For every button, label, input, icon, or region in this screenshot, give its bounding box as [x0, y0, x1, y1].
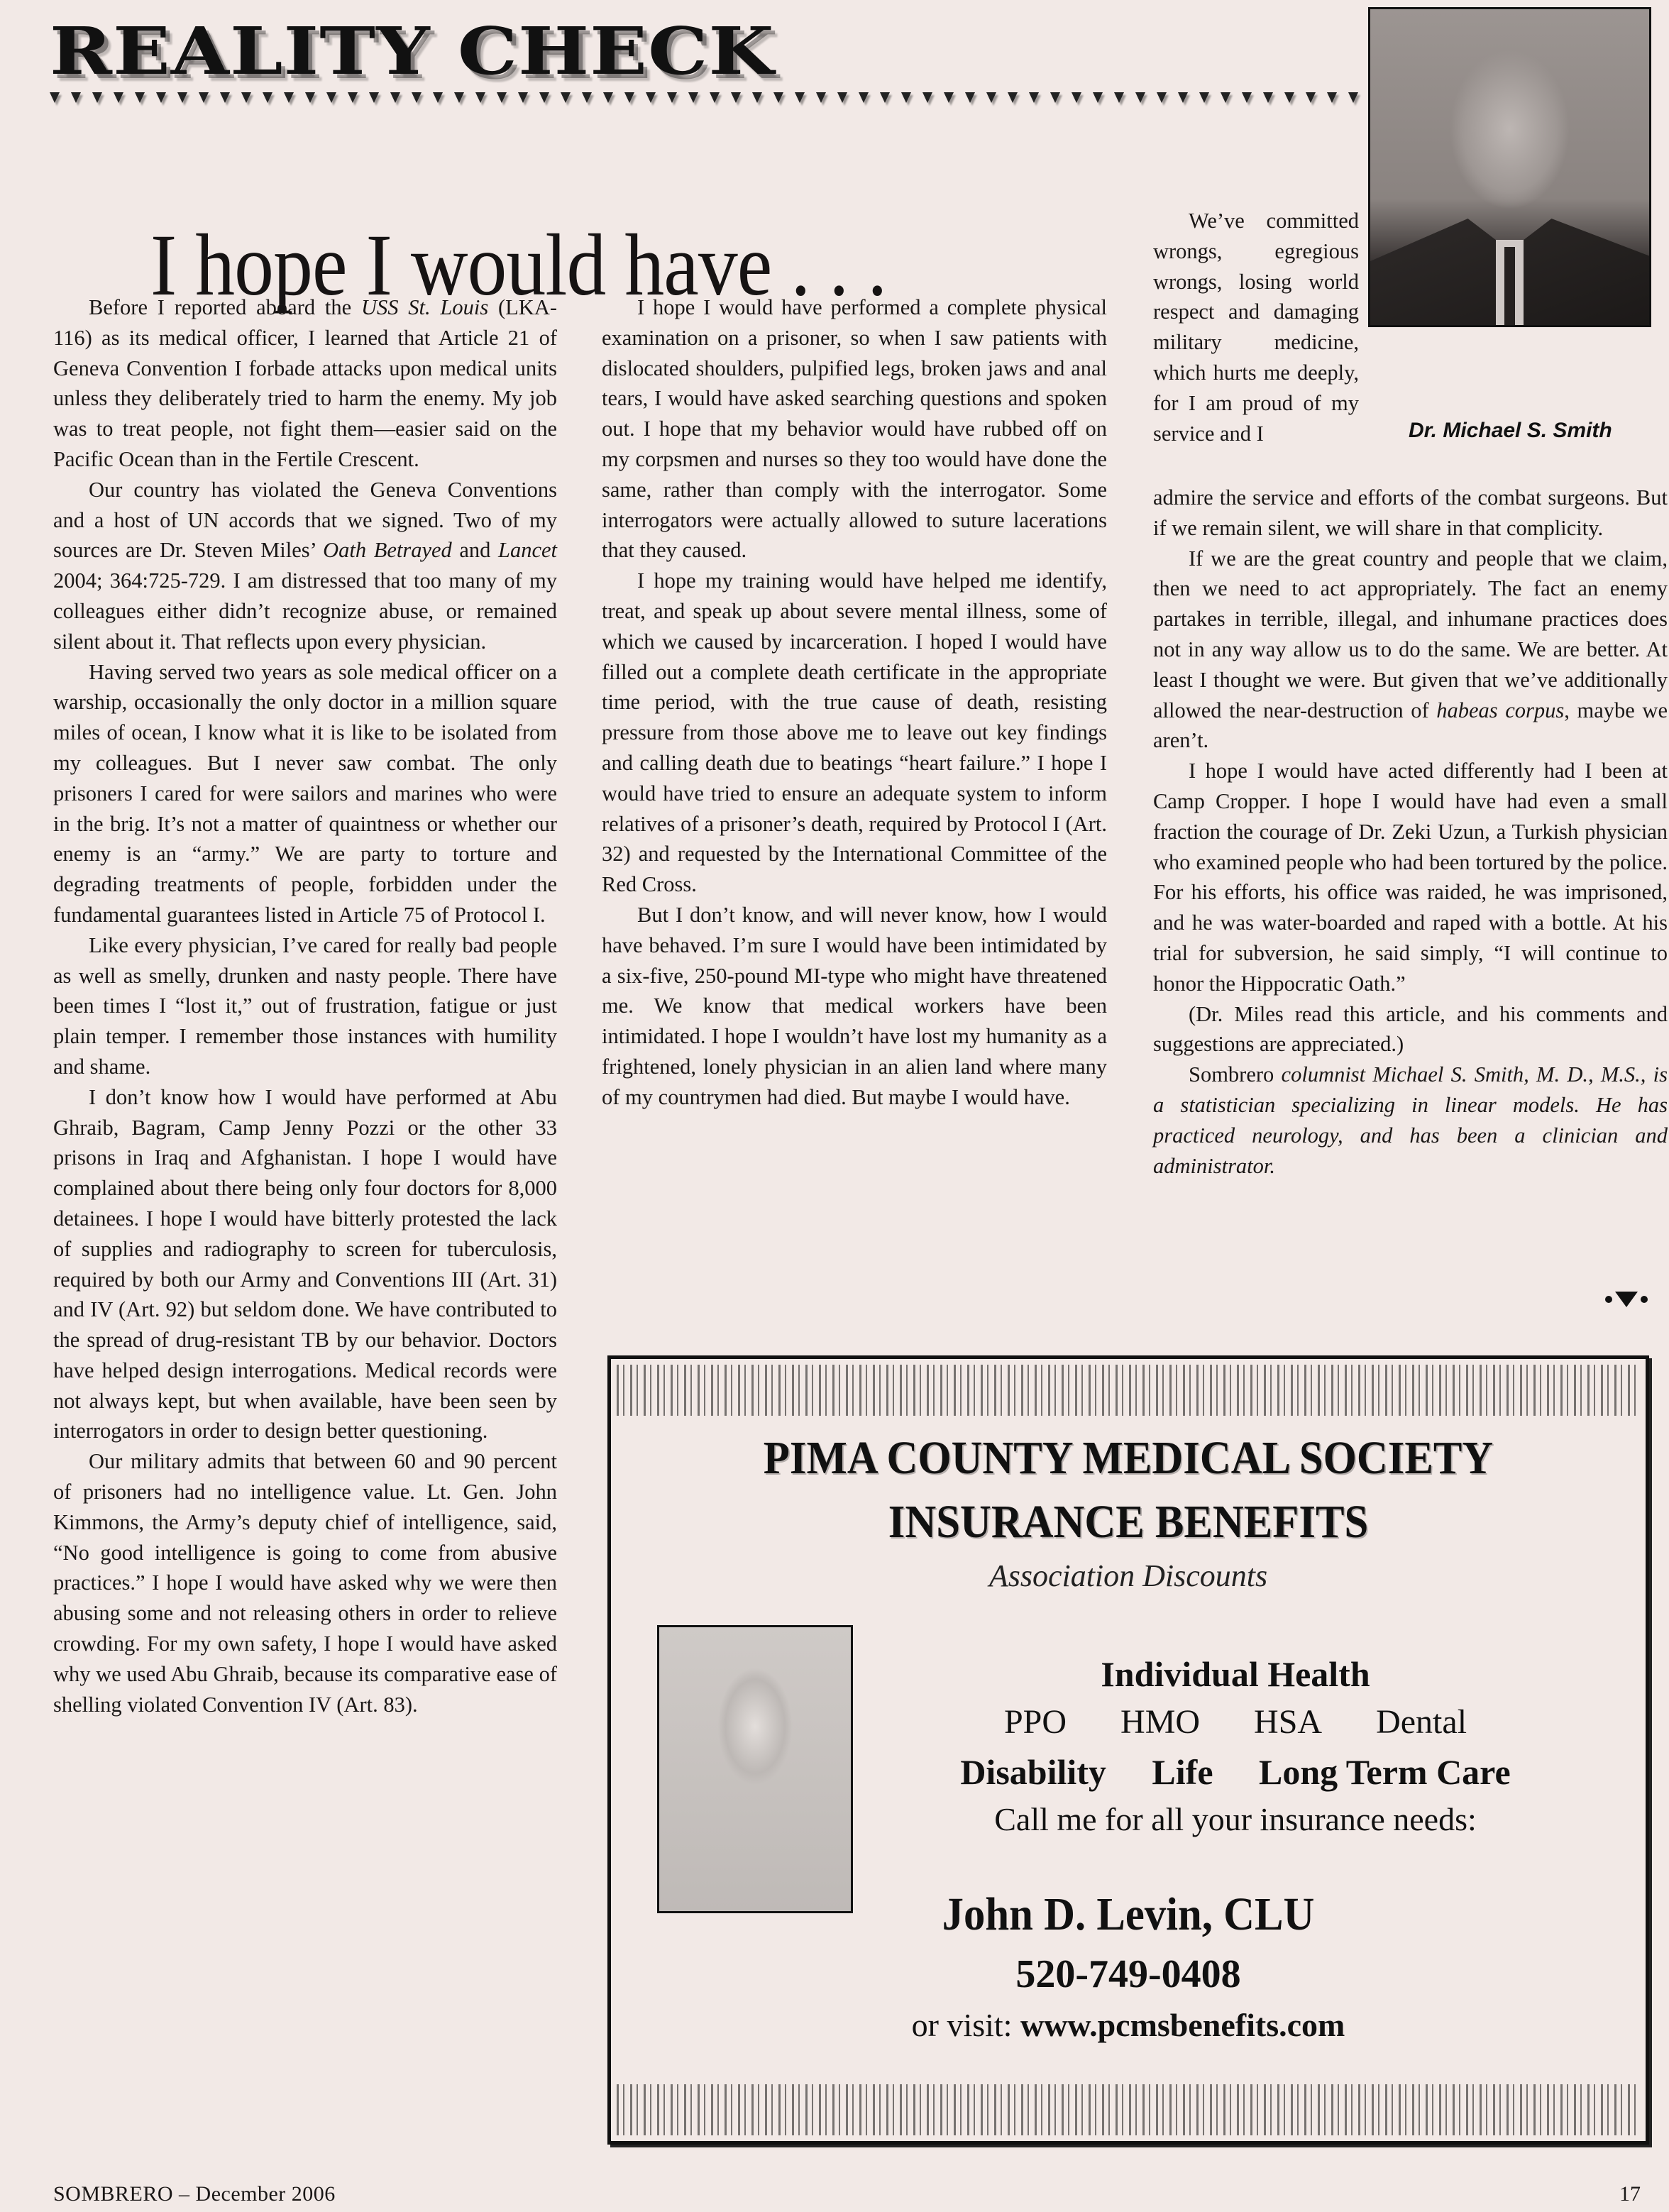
endmark-dot-icon: [1605, 1296, 1612, 1303]
triangle-icon: [1135, 92, 1145, 103]
footer-publication: SOMBRERO – December 2006: [53, 2182, 336, 2206]
triangle-icon: [688, 92, 698, 103]
triangle-icon: [561, 92, 571, 103]
triangle-icon: [795, 92, 805, 103]
article-paragraph: Our military admits that between 60 and …: [53, 1446, 557, 1719]
triangle-icon: [901, 92, 911, 103]
triangle-icon: [816, 92, 826, 103]
page-number: 17: [1619, 2182, 1641, 2206]
triangle-icon: [326, 92, 336, 103]
insurance-advertisement: PIMA COUNTY MEDICAL SOCIETY INSURANCE BE…: [607, 1355, 1649, 2145]
plan-life: Life: [1152, 1752, 1213, 1792]
article-column-3-bottom: admire the service and efforts of the co…: [1153, 483, 1668, 1181]
article-column-2: I hope I would have performed a complete…: [602, 292, 1107, 1113]
ad-heading: Individual Health: [881, 1654, 1590, 1695]
plan-long-term-care: Long Term Care: [1259, 1752, 1511, 1792]
article-paragraph: Sombrero columnist Michael S. Smith, M. …: [1153, 1060, 1668, 1181]
ad-call-to-action: Call me for all your insurance needs:: [881, 1800, 1590, 1838]
website-link[interactable]: www.pcmsbenefits.com: [1020, 2007, 1345, 2043]
triangle-icon: [433, 92, 443, 103]
triangle-icon: [1263, 92, 1273, 103]
triangle-icon: [880, 92, 890, 103]
agent-phone: 520-749-0408: [611, 1952, 1646, 1997]
triangle-icon: [710, 92, 720, 103]
article-paragraph: We’ve committed wrongs, egregious wrongs…: [1153, 206, 1359, 449]
ad-plans-row-2: Disability Life Long Term Care: [881, 1751, 1590, 1793]
triangle-icon: [1029, 92, 1039, 103]
ad-noise-border-bottom: [617, 2084, 1640, 2135]
triangle-icon: [1178, 92, 1188, 103]
section-header: REALITY CHECK: [50, 13, 775, 89]
article-paragraph: I hope I would have acted differently ha…: [1153, 756, 1668, 998]
triangle-icon: [497, 92, 507, 103]
article-paragraph: Before I reported aboard the USS St. Lou…: [53, 292, 557, 475]
triangle-icon: [1348, 92, 1358, 103]
ad-title-line-2: INSURANCE BENEFITS: [652, 1495, 1604, 1549]
plan-dental: Dental: [1376, 1703, 1467, 1741]
triangle-icon: [1114, 92, 1124, 103]
triangle-icon: [1242, 92, 1252, 103]
triangle-icon: [241, 92, 251, 103]
triangle-icon: [412, 92, 422, 103]
triangle-icon: [518, 92, 528, 103]
end-of-article-icon: [1605, 1292, 1648, 1307]
plan-disability: Disability: [960, 1752, 1106, 1792]
triangle-icon: [348, 92, 358, 103]
triangle-icon: [965, 92, 975, 103]
triangle-icon: [454, 92, 464, 103]
triangle-icon: [752, 92, 762, 103]
triangle-icon: [1284, 92, 1294, 103]
triangle-icon: [837, 92, 847, 103]
agent-name: John D. Levin, CLU: [652, 1888, 1604, 1942]
triangle-icon: [305, 92, 315, 103]
triangle-icon: [50, 92, 60, 103]
article-paragraph: I hope I would have performed a complete…: [602, 292, 1107, 566]
triangle-icon: [199, 92, 209, 103]
triangle-icon: [114, 92, 123, 103]
article-column-1: Before I reported aboard the USS St. Lou…: [53, 292, 557, 1719]
triangle-icon: [986, 92, 996, 103]
plan-hsa: HSA: [1254, 1703, 1322, 1741]
ad-title-line-1: PIMA COUNTY MEDICAL SOCIETY: [652, 1431, 1604, 1485]
triangle-icon: [1072, 92, 1081, 103]
article-paragraph: But I don’t know, and will never know, h…: [602, 900, 1107, 1113]
ad-noise-border-top: [617, 1365, 1640, 1416]
triangle-icon: [624, 92, 634, 103]
ad-visit-line: or visit: www.pcmsbenefits.com: [611, 2006, 1646, 2044]
triangle-icon: [922, 92, 932, 103]
plan-ppo: PPO: [1004, 1703, 1067, 1741]
article-column-3-top: We’ve committed wrongs, egregious wrongs…: [1153, 206, 1359, 449]
article-paragraph: If we are the great country and people t…: [1153, 544, 1668, 756]
triangle-icon: [156, 92, 166, 103]
ad-subtitle: Association Discounts: [611, 1558, 1646, 1594]
triangle-icon: [603, 92, 613, 103]
triangle-icon: [390, 92, 400, 103]
triangle-icon: [475, 92, 485, 103]
plan-hmo: HMO: [1120, 1703, 1200, 1741]
photo-tie-shape: [1504, 247, 1516, 325]
triangle-icon: [1327, 92, 1337, 103]
article-paragraph: Having served two years as sole medical …: [53, 657, 557, 930]
endmark-dot-icon: [1641, 1296, 1648, 1303]
triangle-icon: [1093, 92, 1103, 103]
triangle-icon: [944, 92, 954, 103]
triangle-icon: [539, 92, 549, 103]
triangle-icon: [135, 92, 145, 103]
author-photo-caption: Dr. Michael S. Smith: [1409, 419, 1612, 443]
article-paragraph: I hope my training would have helped me …: [602, 566, 1107, 900]
triangle-icon: [263, 92, 272, 103]
article-paragraph: (Dr. Miles read this article, and his co…: [1153, 999, 1668, 1060]
visit-prefix: or visit:: [912, 2007, 1020, 2043]
triangle-icon: [220, 92, 230, 103]
triangle-icon: [284, 92, 294, 103]
triangle-icon: [177, 92, 187, 103]
agent-photo: [657, 1625, 853, 1913]
triangle-icon: [1157, 92, 1167, 103]
triangle-icon: [646, 92, 656, 103]
article-paragraph: I don’t know how I would have performed …: [53, 1082, 557, 1447]
triangle-icon: [1050, 92, 1060, 103]
article-paragraph: admire the service and efforts of the co…: [1153, 483, 1668, 544]
triangle-icon: [859, 92, 869, 103]
triangle-icon: [1221, 92, 1230, 103]
triangle-icon: [92, 92, 102, 103]
triangle-icon: [1199, 92, 1209, 103]
triangle-icon: [667, 92, 677, 103]
triangle-icon: [71, 92, 81, 103]
triangle-icon: [773, 92, 783, 103]
triangle-icon: [369, 92, 379, 103]
article-paragraph: Our country has violated the Geneva Conv…: [53, 475, 557, 657]
ad-plans-row-1: PPO HMO HSA Dental: [881, 1702, 1590, 1741]
endmark-triangle-icon: [1615, 1292, 1638, 1307]
triangle-icon: [1008, 92, 1018, 103]
author-photo: [1368, 7, 1651, 327]
triangle-icon: [582, 92, 592, 103]
triangle-icon: [1306, 92, 1316, 103]
triangle-icon: [731, 92, 741, 103]
article-paragraph: Like every physician, I’ve cared for rea…: [53, 930, 557, 1082]
triangle-divider: [50, 92, 1370, 114]
